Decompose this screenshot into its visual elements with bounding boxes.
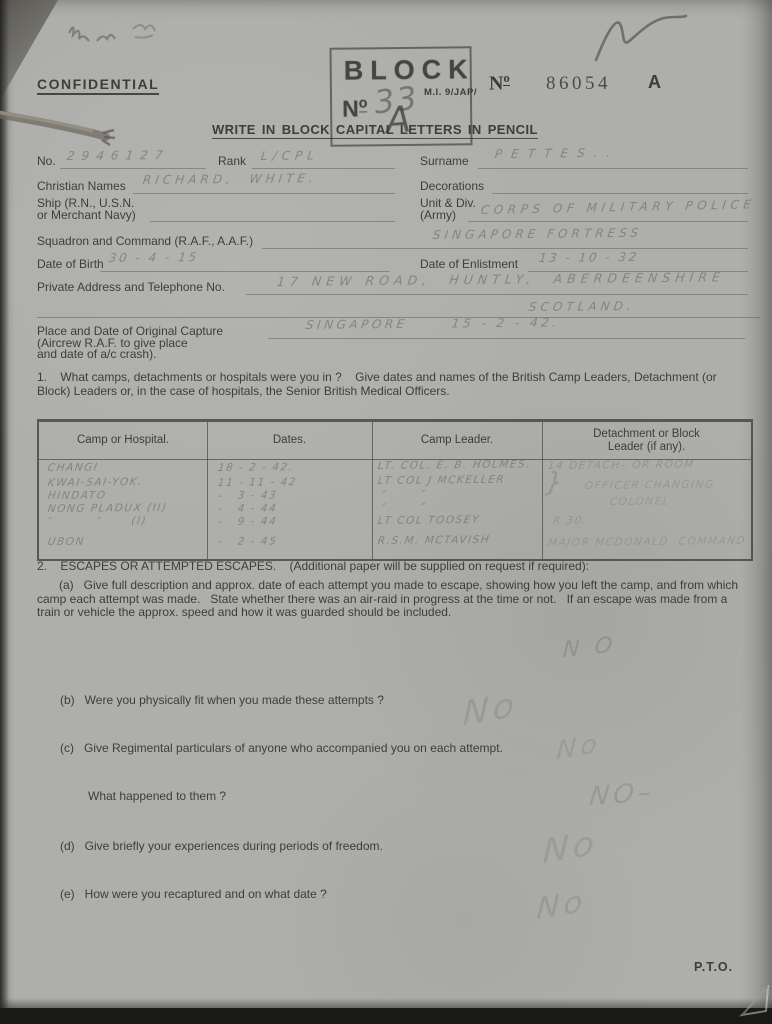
detachment-cell: R 30. [552,515,588,527]
brace-mark: } [544,468,566,498]
field-address-label: Private Address and Telephone No. [37,281,225,294]
leader-cell: R.S.M. MCTAVISH [377,534,491,547]
field-capture-value: SINGAPORE 15 - 2 - 42. [305,315,561,332]
camp-cell: HINDATO [47,489,107,502]
camp-cell: CHANGI [47,461,99,474]
camp-cell: KWAI-SAI-YOK. [47,476,144,489]
field-christian-label: Christian Names [37,180,126,193]
field-address-value-2: SCOTLAND. [528,299,636,314]
field-rank-value: L/CPL [260,148,320,163]
field-dob-label: Date of Birth [37,258,104,271]
field-squadron-line [262,248,748,249]
field-unit-label-2: (Army) [420,209,456,222]
col-header-leader: Camp Leader. [372,434,542,447]
detachment-cell: MAJOR MCDONALD COMMAND [547,535,747,549]
serial-no-o: o [503,71,509,86]
field-decorations-line [492,193,748,194]
stamp-no-n: N [342,95,359,121]
leader-cell: LT COL J MCKELLER [377,474,506,487]
leader-cell: LT COL TOOSEY [377,514,481,527]
detachment-cell: OFFICER CHANGING [584,479,715,492]
detachment-cell: 14 DETACH– OR ROOM [547,458,695,472]
field-ship-line [150,221,395,222]
field-unit-value: CORPS OF MILITARY POLICE [480,197,756,217]
field-christian-line [133,193,395,194]
question-1-text: 1. What camps, detachments or hospitals … [37,371,751,398]
dates-cell: - 3 - 43 [217,489,278,502]
field-capture-note-2: and date of a/c crash). [37,348,156,361]
field-unit-line [468,221,748,222]
answer-what-happened-handwritten: NO– [588,778,657,812]
col-header-dates: Dates. [207,434,372,447]
field-no-label: No. [37,155,56,168]
serial-no-n: N [489,73,503,95]
detachment-cell: COLONEL [609,495,671,508]
answer-e-handwritten: No [536,884,587,927]
serial-no-label: No [489,72,510,96]
dates-cell: - 2 - 45 [217,535,278,548]
camps-table: Camp or Hospital. Dates. Camp Leader. De… [37,419,753,561]
leader-cell: ″ ″ [381,489,427,501]
question-2-heading: 2. ESCAPES OR ATTEMPTED ESCAPES. (Additi… [37,560,753,574]
col-header-detachment-2: Leader (if any). [542,441,751,454]
leader-cell: ″ ″ [381,502,427,514]
field-rank-label: Rank [218,155,246,168]
field-surname-value: PETTES.. [494,146,620,161]
dates-cell: - 4 - 44 [217,502,278,515]
field-address-value: 17 NEW ROAD, HUNTLY, ABERDEENSHIRE [276,269,726,289]
question-2b-text: (b) Were you physically fit when you mad… [60,694,660,708]
dates-cell: 11 - 11 - 42 [217,476,298,489]
scan-bottom-black-band [0,1008,772,1024]
field-dob-value: 30 - 4 - 15 [108,250,200,265]
field-surname-label: Surname [420,155,469,168]
serial-suffix: A [648,72,662,93]
field-rank-line [252,168,395,169]
serial-number: 86054 [546,73,611,95]
field-no-line [60,168,206,169]
answer-c-handwritten: No [556,729,601,766]
field-surname-line [478,168,748,169]
field-squadron-value: SINGAPORE FORTRESS [432,226,643,242]
dates-cell: 18 - 2 - 42. [217,461,294,474]
dates-cell: - 9 - 44 [217,515,278,528]
leader-cell: LT. COL. E. B. HOLMES. [377,458,532,472]
pencil-scribble-icon [578,8,708,70]
page-crease-mark [728,985,772,1024]
answer-a-handwritten: N O [562,633,617,663]
camp-cell: ″ ″ (I) [47,515,148,528]
field-decorations-label: Decorations [420,180,484,193]
field-enlist-label: Date of Enlistment [420,258,518,271]
field-christian-value: RICHARD, WHITE. [142,171,318,187]
field-squadron-label: Squadron and Command (R.A.F., A.A.F.) [37,235,253,248]
field-dob-line [100,271,390,272]
field-ship-label-2: or Merchant Navy) [37,209,136,222]
col-header-detachment-1: Detachment or Block [542,428,751,441]
answer-d-handwritten: No [542,823,599,872]
pto-label: P.T.O. [694,961,733,974]
form-heading: WRITE IN BLOCK CAPITAL LETTERS IN PENCIL [212,123,538,139]
stamp-no-o: o [359,96,368,113]
pencil-scribble-icon [55,15,195,60]
classification-label: CONFIDENTIAL [37,78,159,95]
col-header-camp: Camp or Hospital. [39,434,207,447]
camp-cell: UBON [47,536,86,548]
question-2a-text: (a) Give full description and approx. da… [37,579,753,620]
camp-cell: NONG PLADUX (II) [47,502,168,515]
field-capture-line [268,338,745,339]
mi9-reference: M.I. 9/JAP/ [424,86,477,99]
answer-b-handwritten: No [462,685,519,734]
field-address-line-1 [246,294,748,295]
scanned-pow-questionnaire-page: CONFIDENTIAL BLOCK No 33 A M.I. 9/JAP/ N… [0,0,772,1024]
question-2c2-text: What happened to them ? [88,790,488,804]
field-enlist-value: 13 - 10 - 32 [538,250,640,265]
stamp-no-label: No [342,95,368,122]
field-no-value: 2946127 [66,148,170,163]
twine-string [0,100,130,155]
